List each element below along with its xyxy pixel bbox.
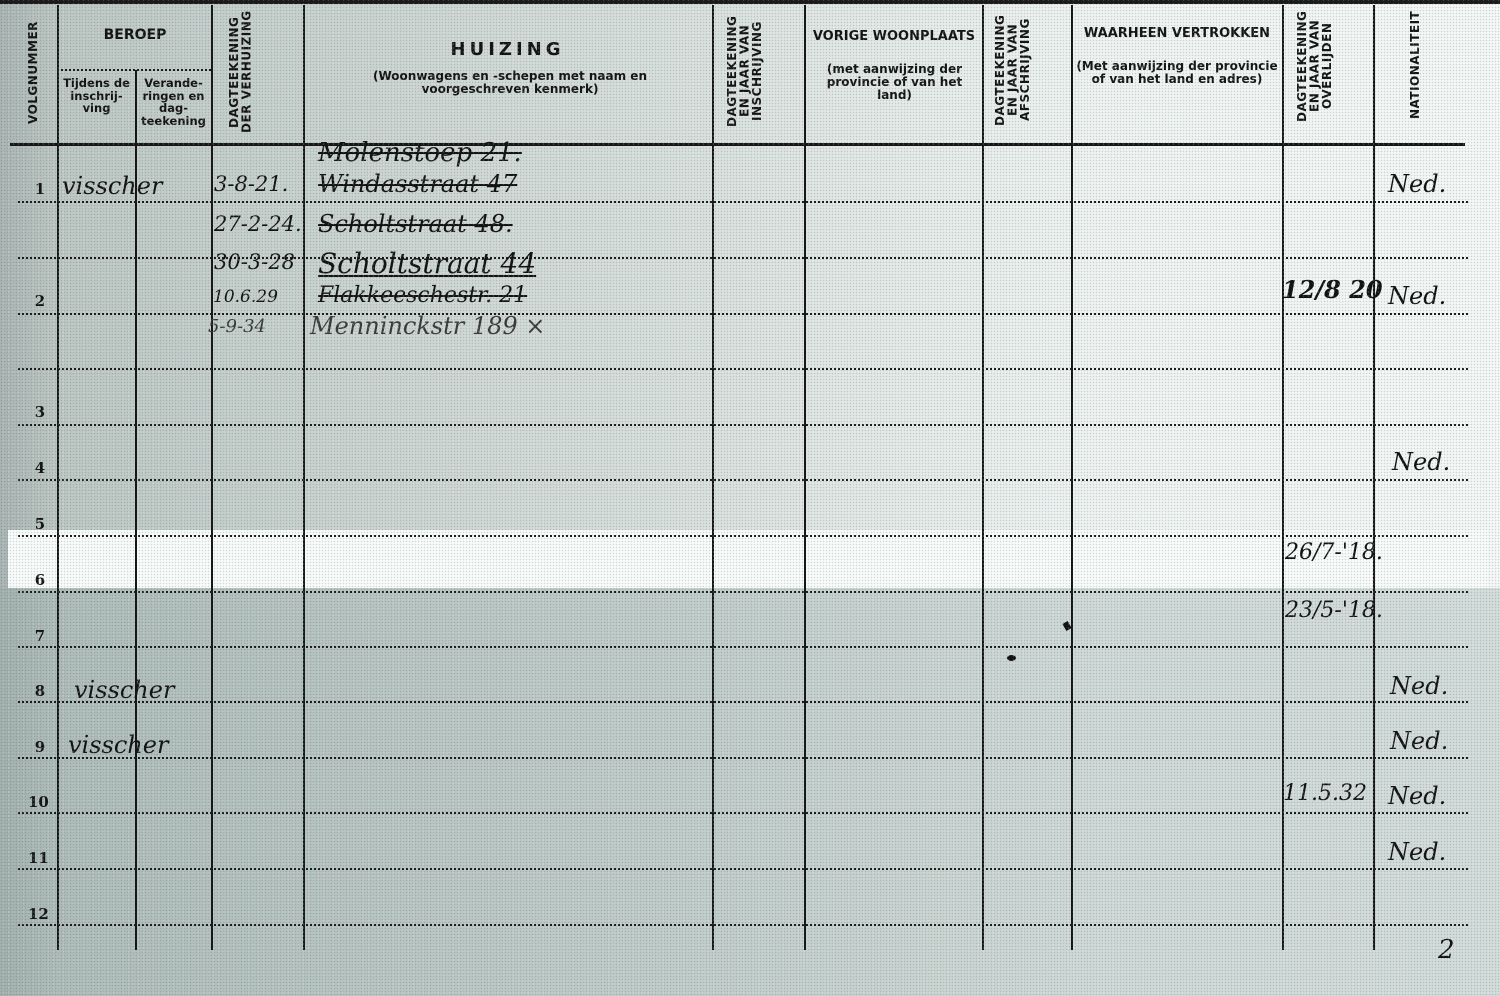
scan-highlight-band: [8, 530, 1488, 588]
move-date: 27-2-24.: [214, 212, 302, 236]
column-divider: [1282, 5, 1284, 950]
shaded-area: [0, 588, 1500, 996]
row-number: 3: [30, 403, 50, 421]
address-entry: Menninckstr 189 ×: [310, 312, 545, 340]
header-bottom-line: [10, 143, 1465, 146]
header-huizing: HUIZING: [305, 40, 710, 60]
header-dagteekening-inschrijving: DAGTEEKENING EN JAAR VAN INSCHRIJVING: [726, 6, 792, 136]
nationality-entry: Ned.: [1390, 672, 1448, 700]
address-entry: Molenstoep 21.: [318, 138, 522, 168]
row-line: [18, 313, 1470, 315]
row-line: [18, 591, 1470, 593]
move-date: 30-3-28: [214, 250, 295, 274]
row-line: [18, 646, 1470, 648]
beroep-entry: visscher: [74, 676, 174, 704]
header-volgnummer: VOLGNUMMER: [27, 10, 40, 135]
header-waarheen-vertrokken-subtitle: (Met aanwijzing der provincie of van het…: [1076, 60, 1278, 86]
row-line: [18, 812, 1470, 814]
move-date: 3-8-21.: [214, 172, 288, 196]
column-divider: [1373, 5, 1375, 950]
row-number: 11: [28, 849, 48, 867]
header-beroep-tijdens: Tijdens de inschrij-ving: [60, 77, 133, 115]
row-number: 12: [28, 905, 48, 923]
nationality-entry: Ned.: [1388, 838, 1446, 866]
row-number: 6: [30, 571, 50, 589]
nationality-entry: Ned.: [1390, 727, 1448, 755]
nationality-entry: Ned.: [1388, 282, 1446, 310]
column-divider: [982, 5, 984, 950]
header-vorige-woonplaats-subtitle: (met aanwijzing der provincie of van het…: [812, 63, 977, 103]
row-number: 9: [30, 738, 50, 756]
header-dagteekening-overlijden: DAGTEEKENING EN JAAR VAN OVERLIJDEN: [1296, 2, 1362, 130]
column-divider: [57, 5, 59, 950]
nationality-entry: Ned.: [1392, 448, 1450, 476]
nationality-entry: Ned.: [1388, 782, 1446, 810]
row-line: [18, 757, 1470, 759]
row-line: [18, 535, 1470, 537]
row-number: 8: [30, 682, 50, 700]
header-beroep-veranderingen: Verande-ringen en dag-teekening: [137, 77, 210, 128]
death-date: 26/7-'18.: [1285, 540, 1383, 565]
row-line: [18, 201, 1470, 203]
row-line: [18, 368, 1470, 370]
footer-mark: 2: [1438, 935, 1455, 965]
column-divider: [211, 5, 213, 950]
row-line: [18, 868, 1470, 870]
header-waarheen-vertrokken: WAARHEEN VERTROKKEN: [1073, 27, 1281, 41]
row-line: [18, 924, 1470, 926]
row-number: 1: [30, 180, 50, 198]
row-number: 7: [30, 627, 50, 645]
header-vorige-woonplaats: VORIGE WOONPLAATS: [806, 30, 982, 44]
move-date: 5-9-34: [208, 316, 266, 337]
header-huizing-subtitle: (Woonwagens en -schepen met naam en voor…: [370, 70, 650, 96]
row-line: [18, 701, 1470, 703]
beroep-sub-divider: [57, 69, 211, 71]
header-beroep: BEROEP: [59, 28, 211, 43]
header-dagteekening-verhuizing: DAGTEEKENING DER VERHUIZING: [228, 8, 288, 136]
header-nationaliteit: NATIONALITEIT: [1409, 4, 1429, 126]
row-number: 5: [30, 515, 50, 533]
move-date: 10.6.29: [213, 287, 278, 307]
row-number: 10: [28, 793, 48, 811]
death-date: 12/8 20: [1282, 275, 1383, 304]
beroep-entry: visscher: [62, 172, 162, 200]
registration-card: VOLGNUMMER BEROEP Tijdens de inschrij-vi…: [0, 0, 1500, 996]
row-number: 4: [30, 459, 50, 477]
address-entry: Flakkeeschestr. 21: [318, 283, 527, 308]
address-entry: Windasstraat 47: [318, 170, 517, 198]
beroep-entry: visscher: [68, 731, 168, 759]
death-date: 23/5-'18.: [1285, 598, 1383, 623]
row-line: [18, 424, 1470, 426]
column-divider: [303, 5, 305, 950]
column-divider: [712, 5, 714, 950]
row-line: [18, 479, 1470, 481]
death-date: 11.5.32: [1283, 781, 1367, 806]
nationality-entry: Ned.: [1388, 170, 1446, 198]
header-dagteekening-afschrijving: DAGTEEKENING EN JAAR VAN AFSCHRIJVING: [994, 4, 1060, 136]
column-divider: [804, 5, 806, 950]
ink-spot: [1007, 655, 1016, 661]
row-number: 2: [30, 292, 50, 310]
column-divider: [1071, 5, 1073, 950]
address-entry: Scholtstraat 48.: [318, 210, 513, 238]
top-border: [0, 0, 1500, 4]
address-entry: Scholtstraat 44: [318, 247, 536, 280]
